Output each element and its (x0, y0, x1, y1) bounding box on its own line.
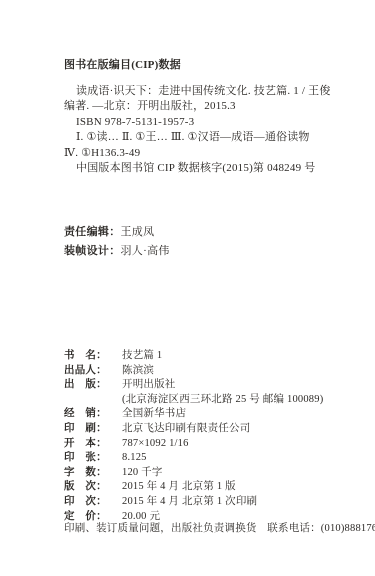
pubinfo-value: 120 千字 (122, 467, 163, 478)
publication-info-block: 书 名：技艺篇 1 出品人：陈滨滨 出 版：开明出版社 (北京海淀区西三环北路 … (64, 349, 364, 524)
editor-name: 王成凤 (121, 226, 155, 238)
pubinfo-row-printer: 印 刷：北京飞达印刷有限责任公司 (64, 422, 364, 437)
pubinfo-label: 印 刷： (64, 422, 122, 437)
cip-heading: 图书在版编目(CIP)数据 (64, 58, 332, 74)
pubinfo-row-distributor: 经 销：全国新华书店 (64, 407, 364, 422)
cip-block: 图书在版编目(CIP)数据 读成语·识天下：走进中国传统文化. 技艺篇. 1 /… (64, 58, 332, 177)
pubinfo-value: 北京飞达印刷有限责任公司 (122, 423, 250, 434)
cip-classification-line2: Ⅳ. ①H136.3-49 (64, 146, 332, 162)
cip-classification-line1: Ⅰ. ①读… Ⅱ. ①王… Ⅲ. ①汉语—成语—通俗读物 (64, 130, 332, 146)
pubinfo-label: 书 名： (64, 349, 122, 364)
pubinfo-value: 陈滨滨 (122, 365, 154, 376)
editor-label: 责任编辑： (64, 226, 121, 238)
quality-contact-note: 印刷、装订质量问题，出版社负责调换货 联系电话：(010)88817647 (64, 520, 364, 535)
cip-record-number: 中国版本图书馆 CIP 数据核字(2015)第 048249 号 (64, 161, 332, 177)
pubinfo-row-edition: 版 次：2015 年 4 月 北京第 1 版 (64, 480, 364, 495)
pubinfo-row-sheets: 印 张：8.125 (64, 451, 364, 466)
pubinfo-value: 2015 年 4 月 北京第 1 版 (122, 481, 236, 492)
pubinfo-row-publisher: 出 版：开明出版社 (64, 378, 364, 393)
pubinfo-value: 2015 年 4 月 北京第 1 次印刷 (122, 496, 257, 507)
pubinfo-value: 787×1092 1/16 (122, 438, 189, 449)
pubinfo-row-wordcount: 字 数：120 千字 (64, 466, 364, 481)
pubinfo-label: 印 次： (64, 495, 122, 510)
pubinfo-label: 出品人： (64, 364, 122, 379)
pubinfo-row-impression: 印 次：2015 年 4 月 北京第 1 次印刷 (64, 495, 364, 510)
pubinfo-value: 全国新华书店 (122, 408, 186, 419)
pubinfo-row-producer: 出品人：陈滨滨 (64, 364, 364, 379)
designer-name: 羽人·高伟 (121, 245, 170, 257)
pubinfo-row-publisher-address: (北京海淀区西三环北路 25 号 邮编 100089) (64, 393, 364, 408)
pubinfo-row-title: 书 名：技艺篇 1 (64, 349, 364, 364)
pubinfo-label: 经 销： (64, 407, 122, 422)
copyright-page: 图书在版编目(CIP)数据 读成语·识天下：走进中国传统文化. 技艺篇. 1 /… (0, 0, 375, 576)
credits-block: 责任编辑：王成凤 装帧设计：羽人·高伟 (64, 223, 170, 261)
designer-label: 装帧设计： (64, 245, 121, 257)
pubinfo-label: 版 次： (64, 480, 122, 495)
cip-title-line1: 读成语·识天下：走进中国传统文化. 技艺篇. 1 / 王俊 (64, 84, 332, 100)
cip-title-line2: 编著. —北京：开明出版社，2015.3 (64, 99, 332, 115)
pubinfo-value: 技艺篇 1 (122, 350, 162, 361)
pubinfo-label: 字 数： (64, 466, 122, 481)
pubinfo-value: 8.125 (122, 452, 147, 463)
credit-row-designer: 装帧设计：羽人·高伟 (64, 242, 170, 261)
credit-row-editor: 责任编辑：王成凤 (64, 223, 170, 242)
pubinfo-label: 印 张： (64, 451, 122, 466)
pubinfo-value: (北京海淀区西三环北路 25 号 邮编 100089) (122, 394, 323, 405)
pubinfo-value: 开明出版社 (122, 379, 176, 390)
pubinfo-label: 出 版： (64, 378, 122, 393)
cip-isbn: ISBN 978-7-5131-1957-3 (64, 115, 332, 131)
pubinfo-label: 开 本： (64, 437, 122, 452)
pubinfo-row-format: 开 本：787×1092 1/16 (64, 437, 364, 452)
